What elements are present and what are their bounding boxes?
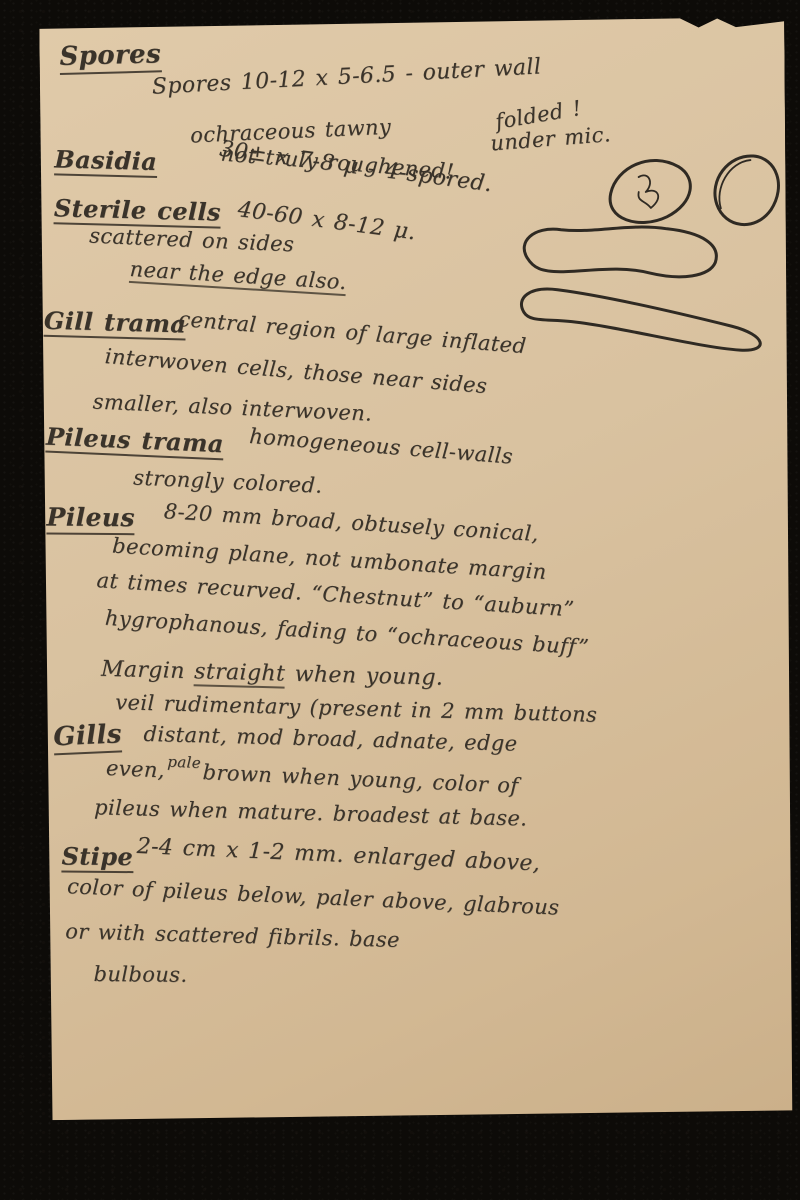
sterile-cells-line-1: scattered on sides — [89, 224, 295, 256]
pileus-heading: Pileus — [46, 503, 135, 534]
sterile-cell-sketch-top-icon — [524, 226, 716, 278]
pileus-line-5: Margin straight when young. — [101, 658, 444, 691]
gill-trama-line-1: central region of large inflated — [178, 308, 528, 358]
gills-line-2-pre: even, — [106, 756, 166, 783]
basidia-heading: Basidia — [54, 146, 157, 178]
gills-line-1: distant, mod broad, adnate, edge — [143, 723, 518, 756]
stipe-line-1: 2-4 cm x 1-2 mm. enlarged above, — [136, 835, 541, 877]
spores-line-1: Spores 10-12 x 5-6.5 - outer wall — [151, 55, 542, 100]
photo-of-notecard: { "card": { "description": "handwritten … — [0, 0, 800, 1200]
pileus-trama-line-1: homogeneous cell-walls — [248, 425, 513, 469]
pileus-trama-line-2: strongly colored. — [133, 467, 323, 498]
pileus-line-5-pre: Margin — [101, 657, 195, 684]
gills-heading: Gills — [53, 720, 123, 755]
stipe-line-2: color of pileus below, paler above, glab… — [67, 875, 560, 920]
pileus-line-5-post: when young. — [285, 662, 444, 691]
stipe-line-4: bulbous. — [93, 963, 187, 987]
gill-trama-line-3: smaller, also interwoven. — [92, 391, 372, 426]
gills-line-2-post: brown when young, color of — [202, 760, 519, 798]
stipe-heading: Stipe — [61, 843, 133, 873]
stipe-line-3: or with scattered fibrils. base — [65, 920, 400, 952]
gills-line-3: pileus when mature. broadest at base. — [94, 796, 528, 830]
gill-trama-line-2: interwoven cells, those near sides — [104, 345, 488, 398]
note-card: Spores Spores 10-12 x 5-6.5 - outer wall… — [39, 16, 794, 1121]
pileus-line-6: veil rudimentary (present in 2 mm button… — [115, 691, 598, 727]
pileus-line-5-underlined-word: straight — [194, 659, 286, 688]
sterile-cell-sketch-bottom-icon — [521, 287, 760, 352]
spore-sketch-lemon-icon — [610, 160, 691, 223]
sterile-cells-line-2: near the edge also. — [129, 258, 347, 296]
gill-trama-heading: Gill trama — [43, 308, 186, 341]
spores-heading: Spores — [59, 40, 161, 74]
gills-line-2-inserted-word: pale — [167, 753, 202, 772]
gills-line-2: even,palebrown when young, color of — [106, 757, 519, 798]
sterile-cell-sketches — [509, 214, 800, 367]
sterile-cells-heading: Sterile cells — [54, 195, 222, 229]
pileus-trama-heading: Pileus trama — [45, 424, 224, 461]
